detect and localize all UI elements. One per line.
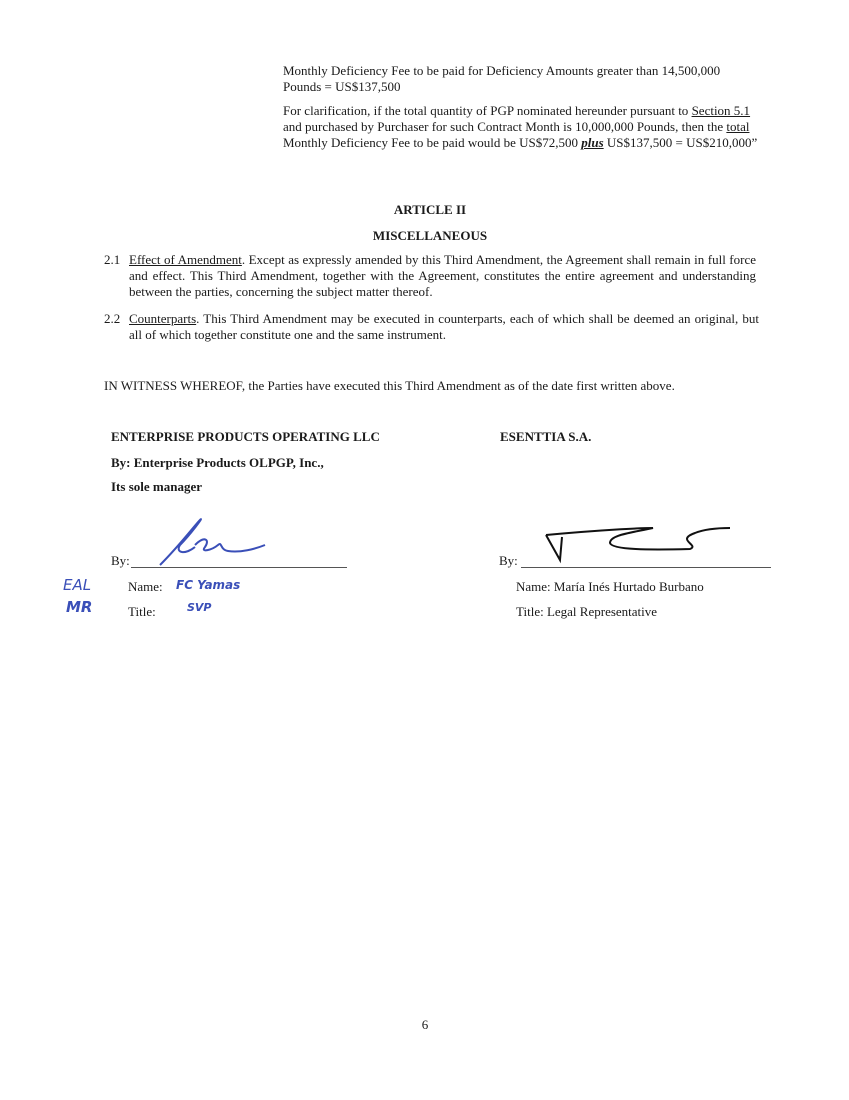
left-by-label: By: — [111, 553, 130, 569]
left-role-line: Its sole manager — [111, 479, 202, 495]
left-name-label: Name: — [128, 579, 163, 595]
right-title-line: Title: Legal Representative — [516, 604, 657, 620]
initials-eal: EAL — [63, 576, 91, 594]
fee-continuation-line: Monthly Deficiency Fee to be paid for De… — [283, 63, 758, 95]
section-number: 2.1 — [104, 252, 120, 268]
right-company-name: ESENTTIA S.A. — [500, 429, 591, 445]
initials-mr: MR — [66, 598, 92, 616]
left-handwritten-name: FC Yamas — [176, 578, 240, 592]
total-word: total — [726, 119, 749, 134]
plus-word: plus — [581, 135, 603, 150]
right-name-line: Name: María Inés Hurtado Burbano — [516, 579, 704, 595]
right-signature-icon — [540, 525, 735, 570]
left-signature-icon — [150, 515, 270, 570]
left-by-line: By: Enterprise Products OLPGP, Inc., — [111, 455, 324, 471]
section-number: 2.2 — [104, 311, 120, 327]
section-text: . This Third Amendment may be executed i… — [129, 311, 759, 342]
clarification-paragraph: For clarification, if the total quantity… — [283, 103, 758, 151]
page-number: 6 — [400, 1017, 450, 1033]
left-title-label: Title: — [128, 604, 156, 620]
clarification-text: US$137,500 = US$210,000” — [604, 135, 758, 150]
right-by-label: By: — [499, 553, 518, 569]
fee-text: Monthly Deficiency Fee to be paid for De… — [283, 63, 720, 94]
clarification-text: Monthly Deficiency Fee to be paid would … — [283, 135, 581, 150]
article-subheading: MISCELLANEOUS — [95, 228, 765, 244]
left-handwritten-title: SVP — [187, 601, 212, 614]
section-2-2: Counterparts. This Third Amendment may b… — [129, 311, 759, 343]
left-company-name: ENTERPRISE PRODUCTS OPERATING LLC — [111, 429, 380, 445]
section-2-1: Effect of Amendment. Except as expressly… — [129, 252, 756, 300]
article-heading: ARTICLE II — [95, 202, 765, 218]
section-title: Effect of Amendment — [129, 252, 242, 267]
witness-clause: IN WITNESS WHEREOF, the Parties have exe… — [104, 378, 675, 394]
clarification-text: For clarification, if the total quantity… — [283, 103, 692, 118]
clarification-text: and purchased by Purchaser for such Cont… — [283, 119, 726, 134]
section-title: Counterparts — [129, 311, 196, 326]
section-reference: Section 5.1 — [692, 103, 751, 118]
